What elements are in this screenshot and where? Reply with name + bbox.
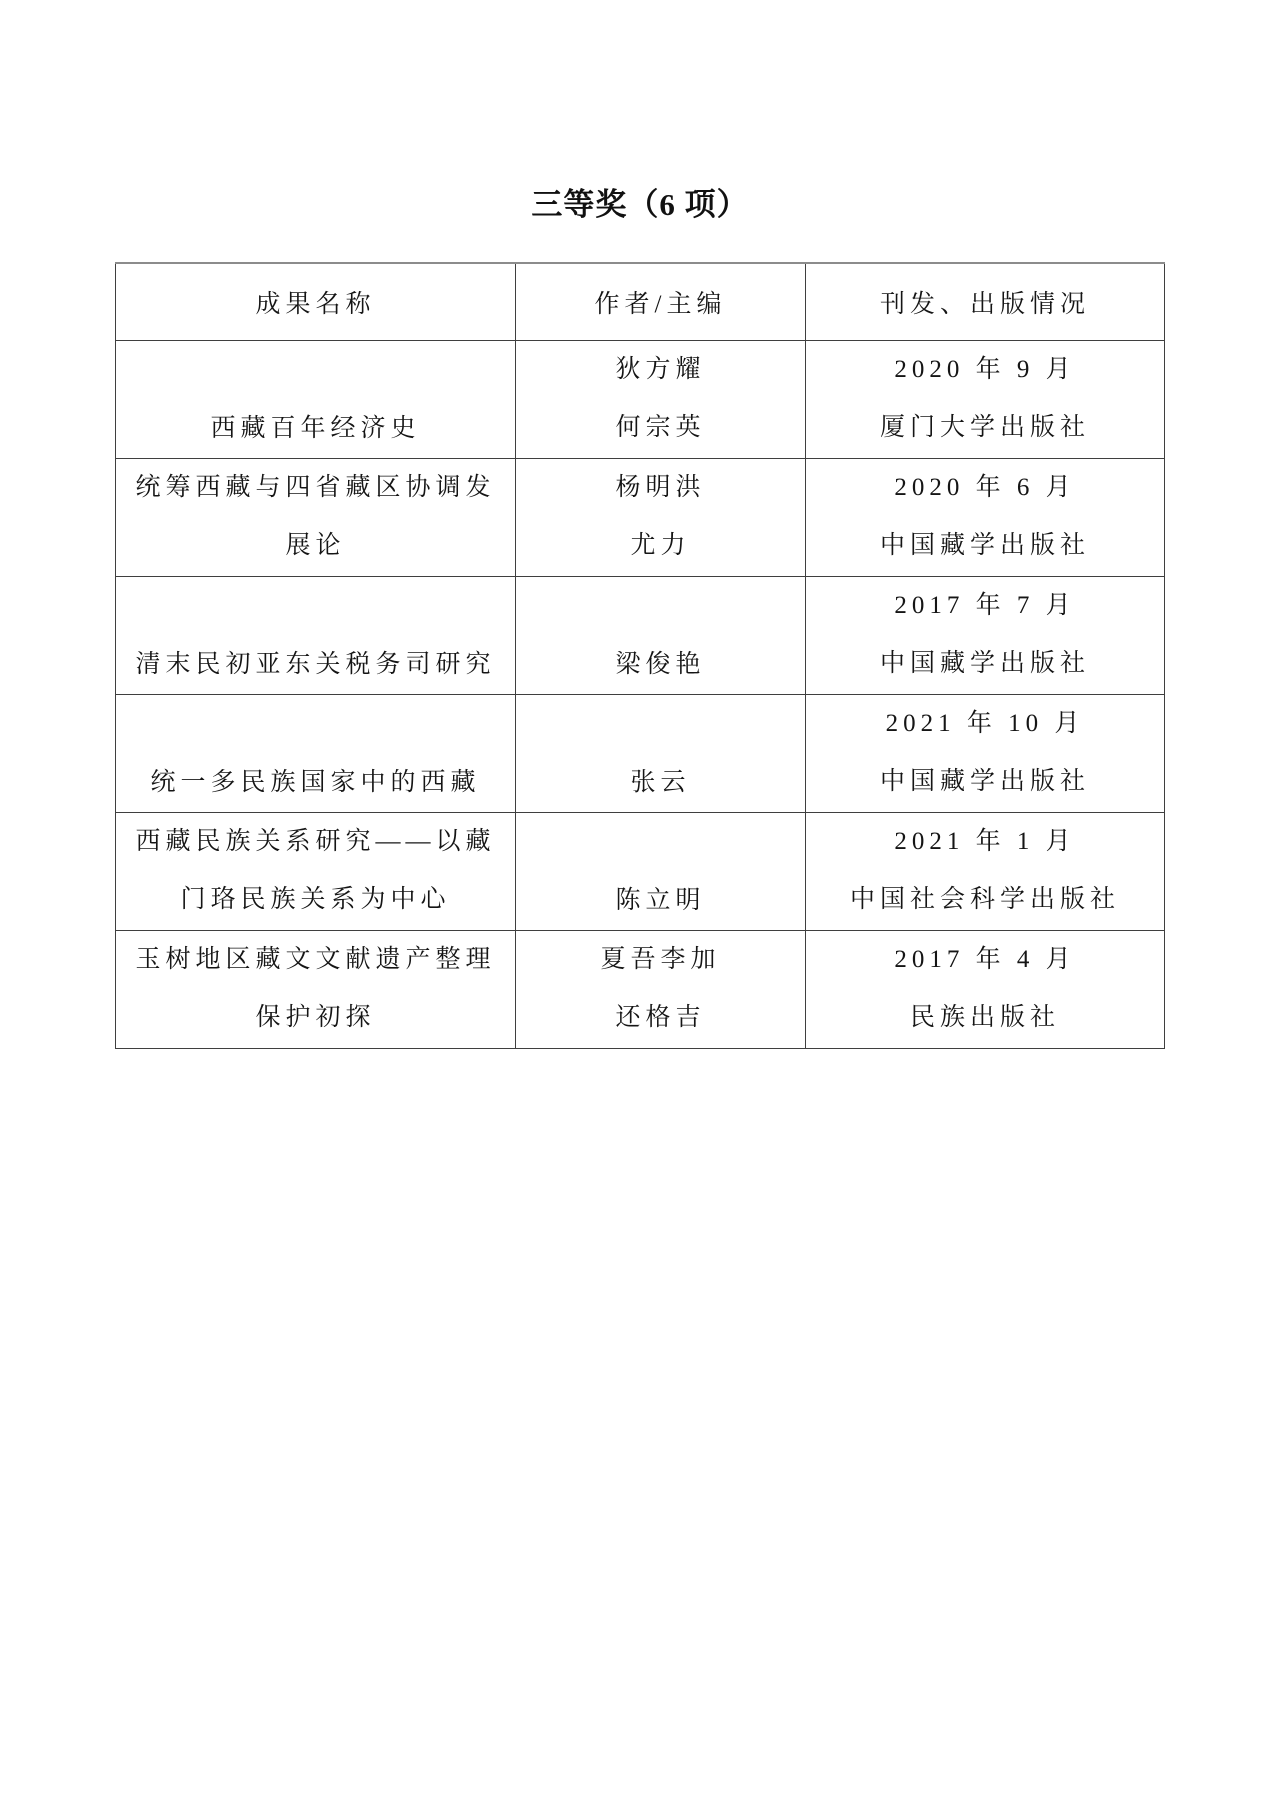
author-line: 尤力 bbox=[516, 517, 805, 575]
header-cell-publication: 刊发、出版情况 bbox=[806, 263, 1165, 340]
author-line: 梁俊艳 bbox=[516, 606, 805, 664]
cell-name: 统一多民族国家中的西藏 bbox=[116, 694, 516, 812]
cell-publication: 2021 年 10 月 中国藏学出版社 bbox=[806, 694, 1165, 812]
name-line: 玉树地区藏文文献遗产整理 bbox=[116, 931, 515, 989]
cell-author: 张云 bbox=[516, 694, 806, 812]
name-line: 门珞民族关系为中心 bbox=[116, 871, 515, 929]
cell-author: 梁俊艳 bbox=[516, 576, 806, 694]
cell-publication: 2021 年 1 月 中国社会科学出版社 bbox=[806, 812, 1165, 930]
cell-author: 狄方耀 何宗英 bbox=[516, 340, 806, 458]
publication-date-line: 2020 年 6 月 bbox=[806, 459, 1164, 517]
table-row: 统筹西藏与四省藏区协调发 展论 杨明洪 尤力 2020 年 6 月 中国藏学出版… bbox=[116, 458, 1165, 576]
author-line: 还格吉 bbox=[516, 989, 805, 1047]
publication-date-line: 2021 年 1 月 bbox=[806, 813, 1164, 871]
cell-author: 陈立明 bbox=[516, 812, 806, 930]
header-cell-author: 作者/主编 bbox=[516, 263, 806, 340]
author-line: 杨明洪 bbox=[516, 459, 805, 517]
publication-date-line: 2017 年 7 月 bbox=[806, 577, 1164, 635]
table-row: 西藏百年经济史 狄方耀 何宗英 2020 年 9 月 厦门大学出版社 bbox=[116, 340, 1165, 458]
table-header-row: 成果名称 作者/主编 刊发、出版情况 bbox=[116, 263, 1165, 340]
cell-author: 夏吾李加 还格吉 bbox=[516, 930, 806, 1048]
cell-name: 清末民初亚东关税务司研究 bbox=[116, 576, 516, 694]
cell-name: 统筹西藏与四省藏区协调发 展论 bbox=[116, 458, 516, 576]
publication-date-line: 2017 年 4 月 bbox=[806, 931, 1164, 989]
publication-date-line: 2020 年 9 月 bbox=[806, 341, 1164, 399]
name-line: 展论 bbox=[116, 517, 515, 575]
author-line: 夏吾李加 bbox=[516, 931, 805, 989]
name-line: 西藏民族关系研究——以藏 bbox=[116, 813, 515, 871]
name-line: 清末民初亚东关税务司研究 bbox=[116, 606, 515, 664]
publisher-line: 中国社会科学出版社 bbox=[806, 871, 1164, 929]
name-line: 保护初探 bbox=[116, 989, 515, 1047]
author-line: 陈立明 bbox=[516, 842, 805, 900]
publisher-line: 中国藏学出版社 bbox=[806, 517, 1164, 575]
publication-date-line: 2021 年 10 月 bbox=[806, 695, 1164, 753]
name-line: 统筹西藏与四省藏区协调发 bbox=[116, 459, 515, 517]
cell-publication: 2017 年 7 月 中国藏学出版社 bbox=[806, 576, 1165, 694]
table-row: 玉树地区藏文文献遗产整理 保护初探 夏吾李加 还格吉 2017 年 4 月 民族… bbox=[116, 930, 1165, 1048]
table-row: 西藏民族关系研究——以藏 门珞民族关系为中心 陈立明 2021 年 1 月 中国… bbox=[116, 812, 1165, 930]
author-line: 狄方耀 bbox=[516, 341, 805, 399]
cell-name: 西藏民族关系研究——以藏 门珞民族关系为中心 bbox=[116, 812, 516, 930]
author-line: 张云 bbox=[516, 724, 805, 782]
author-line: 何宗英 bbox=[516, 399, 805, 457]
page-title: 三等奖（6 项） bbox=[0, 0, 1280, 229]
cell-publication: 2020 年 6 月 中国藏学出版社 bbox=[806, 458, 1165, 576]
publisher-line: 中国藏学出版社 bbox=[806, 635, 1164, 693]
document-page: 三等奖（6 项） 成果名称 作者/主编 刊发、出版情况 西藏百年经济史 狄方耀 … bbox=[0, 0, 1280, 1809]
publisher-line: 厦门大学出版社 bbox=[806, 399, 1164, 457]
table-row: 统一多民族国家中的西藏 张云 2021 年 10 月 中国藏学出版社 bbox=[116, 694, 1165, 812]
cell-name: 玉树地区藏文文献遗产整理 保护初探 bbox=[116, 930, 516, 1048]
cell-publication: 2020 年 9 月 厦门大学出版社 bbox=[806, 340, 1165, 458]
name-line: 统一多民族国家中的西藏 bbox=[116, 724, 515, 782]
publisher-line: 中国藏学出版社 bbox=[806, 753, 1164, 811]
cell-publication: 2017 年 4 月 民族出版社 bbox=[806, 930, 1165, 1048]
cell-name: 西藏百年经济史 bbox=[116, 340, 516, 458]
cell-author: 杨明洪 尤力 bbox=[516, 458, 806, 576]
table-row: 清末民初亚东关税务司研究 梁俊艳 2017 年 7 月 中国藏学出版社 bbox=[116, 576, 1165, 694]
awards-table: 成果名称 作者/主编 刊发、出版情况 西藏百年经济史 狄方耀 何宗英 2020 … bbox=[115, 262, 1165, 1049]
header-cell-name: 成果名称 bbox=[116, 263, 516, 340]
name-line: 西藏百年经济史 bbox=[116, 370, 515, 428]
publisher-line: 民族出版社 bbox=[806, 989, 1164, 1047]
